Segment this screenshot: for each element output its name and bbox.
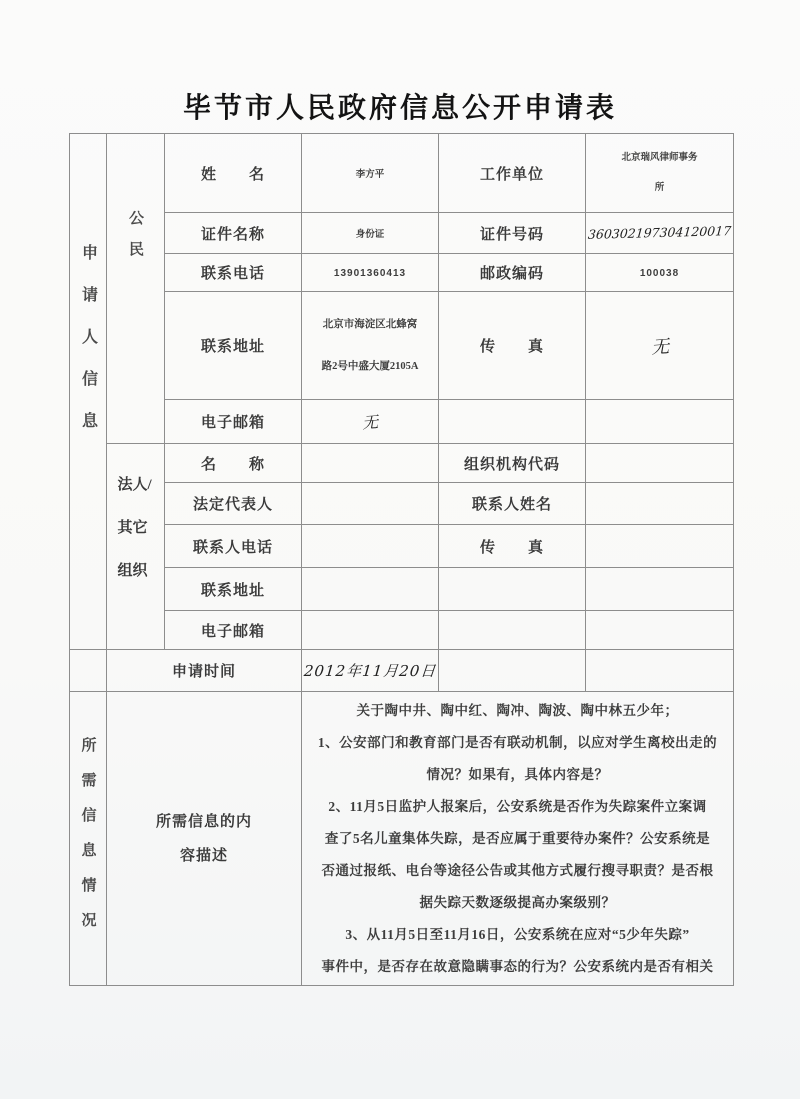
- name-label: 姓 名: [165, 134, 302, 213]
- legal-name-label: 名 称: [165, 444, 302, 483]
- orgcode-value: [586, 444, 734, 483]
- content-lines: 关于陶中井、陶中红、陶冲、陶波、陶中林五少年；1、公安部门和教育部门是否有联动机…: [302, 692, 734, 986]
- fax-value: 无: [586, 292, 734, 400]
- contactname-value: [586, 483, 734, 525]
- section-citizen-label: 公民: [125, 210, 146, 272]
- content-line: 情况？如果有，具体内容是？: [302, 759, 733, 791]
- section-applicant-info: 申请人信息: [70, 134, 107, 650]
- legal-email-label: 电子邮箱: [165, 611, 302, 650]
- address-value: 北京市海淀区北蜂窝路2号中盛大厦2105A: [302, 292, 439, 400]
- form-table: 申请人信息 公民 姓 名 李方平 工作单位 北京瑞风律师事务所 证件名称 身份证…: [69, 133, 734, 986]
- empty-cell: [439, 650, 586, 692]
- postal-value: 100038: [586, 254, 734, 292]
- legal-address-value: [302, 568, 439, 611]
- legal-fax-value: [586, 525, 734, 568]
- rep-value: [302, 483, 439, 525]
- legal-name-value: [302, 444, 439, 483]
- idtype-value: 身份证: [302, 213, 439, 254]
- idno-label: 证件号码: [439, 213, 586, 254]
- orgcode-label: 组织机构代码: [439, 444, 586, 483]
- idno-value: 360302197304120017: [586, 213, 734, 254]
- content-description-label: 所需信息的内容描述: [107, 692, 302, 986]
- address-label: 联系地址: [165, 292, 302, 400]
- apply-time-value: 2012年11月20日: [302, 650, 439, 692]
- phone-value: 13901360413: [302, 254, 439, 292]
- fax-label: 传 真: [439, 292, 586, 400]
- legal-fax-label: 传 真: [439, 525, 586, 568]
- empty-cell: [586, 400, 734, 444]
- rep-label: 法定代表人: [165, 483, 302, 525]
- content-line: 关于陶中井、陶中红、陶冲、陶波、陶中林五少年；: [302, 695, 733, 727]
- section-required-info: 所需信息情况: [70, 692, 107, 986]
- idtype-label: 证件名称: [165, 213, 302, 254]
- legal-phone-label: 联系人电话: [165, 525, 302, 568]
- content-line: 事件中，是否存在故意隐瞒事态的行为？公安系统内是否有相关: [302, 951, 733, 983]
- section-required-label: 所需信息情况: [78, 737, 99, 947]
- empty-cell: [439, 568, 586, 611]
- empty-cell: [439, 611, 586, 650]
- legal-email-value: [302, 611, 439, 650]
- content-line: 据失踪天数逐级提高办案级别？: [302, 887, 733, 919]
- email-label: 电子邮箱: [165, 400, 302, 444]
- phone-label: 联系电话: [165, 254, 302, 292]
- empty-cell: [586, 611, 734, 650]
- workunit-value: 北京瑞风律师事务所: [586, 134, 734, 213]
- section-legal: 法人/其它组织: [107, 444, 165, 650]
- legal-phone-value: [302, 525, 439, 568]
- legal-address-label: 联系地址: [165, 568, 302, 611]
- empty-cell: [70, 650, 107, 692]
- contactname-label: 联系人姓名: [439, 483, 586, 525]
- content-line: 查了5名儿童集体失踪，是否应属于重要待办案件？公安系统是: [302, 823, 733, 855]
- content-line: 2、11月5日监护人报案后，公安系统是否作为失踪案件立案调: [302, 791, 733, 823]
- workunit-label: 工作单位: [439, 134, 586, 213]
- content-line: 3、从11月5日至11月16日，公安系统在应对“5少年失踪”: [302, 919, 733, 951]
- empty-cell: [439, 400, 586, 444]
- empty-cell: [586, 650, 734, 692]
- scanned-paper: 毕节市人民政府信息公开申请表 申请人信息 公民 姓 名 李方平 工作单位 北京瑞…: [0, 0, 800, 1099]
- postal-label: 邮政编码: [439, 254, 586, 292]
- name-value: 李方平: [302, 134, 439, 213]
- empty-cell: [586, 568, 734, 611]
- section-legal-label: 法人/其它组织: [118, 464, 154, 593]
- apply-time-label: 申请时间: [107, 650, 302, 692]
- email-value: 无: [302, 400, 439, 444]
- content-line: 否通过报纸、电台等途径公告或其他方式履行搜寻职责？是否根: [302, 855, 733, 887]
- content-line: 1、公安部门和教育部门是否有联动机制，以应对学生离校出走的: [302, 727, 733, 759]
- page-title: 毕节市人民政府信息公开申请表: [0, 86, 800, 126]
- section-citizen: 公民: [107, 134, 165, 444]
- section-applicant-label: 申请人信息: [77, 244, 100, 454]
